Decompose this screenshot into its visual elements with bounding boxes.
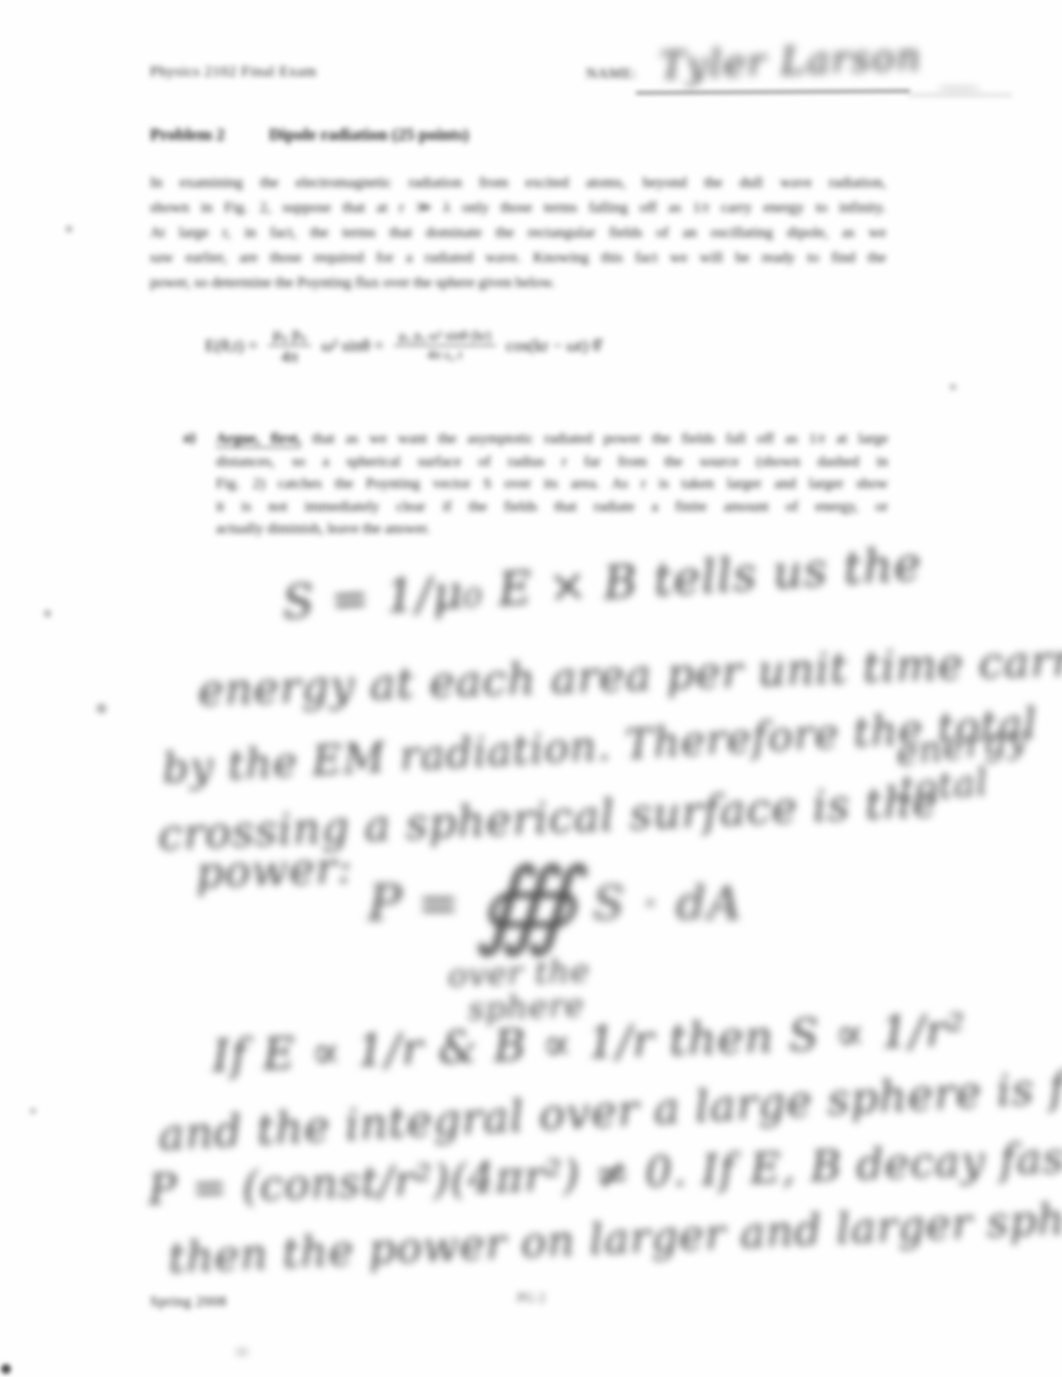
part-a-line-rest: that as we want the asymptotic radiated … bbox=[301, 431, 888, 447]
dipole-field-equation: E(θ,t) = μ₀ p₀ 4π ω² sinθ = μ₀ p₀ ω² sin… bbox=[205, 324, 805, 367]
part-a-label: a) bbox=[183, 430, 196, 447]
part-a-lead: Argue, first, bbox=[216, 431, 301, 448]
handwritten-poynting-definition: S = 1/μ₀ E × B tells us the bbox=[281, 537, 923, 630]
part-a-line: Fig. 2) catches the Poynting vector S ov… bbox=[216, 473, 888, 496]
scan-noise-speck bbox=[236, 1348, 248, 1356]
intro-line: In examining the electromagnetic radiati… bbox=[150, 171, 886, 196]
equation-lhs: E(θ,t) = bbox=[205, 336, 258, 356]
part-a-paragraph: Argue, first, that as we want the asympt… bbox=[216, 428, 888, 541]
equation-rhs: cos(kr − ωt) θ̂ bbox=[506, 336, 601, 356]
term-footer: Spring 2008 bbox=[150, 1294, 227, 1311]
scan-noise-speck bbox=[66, 226, 72, 232]
intro-line: At large r, in fact, the terms that domi… bbox=[150, 221, 886, 246]
part-a-line: Argue, first, that as we want the asympt… bbox=[216, 428, 888, 451]
handwritten-scaling-argument: If E ∝ 1/r & B ∝ 1/r then S ∝ 1/r² bbox=[211, 1005, 967, 1082]
intro-paragraph: In examining the electromagnetic radiati… bbox=[150, 171, 886, 296]
student-signature: Tyler Larson bbox=[659, 35, 923, 87]
name-underline-faint bbox=[908, 94, 1012, 96]
fraction-numerator: μ₀ p₀ ω² sinθ (kr) bbox=[394, 328, 496, 346]
fraction-denominator: 4π bbox=[281, 346, 298, 367]
handwritten-line: power: bbox=[195, 843, 353, 898]
power-integrand: S · dA bbox=[593, 876, 743, 930]
scan-noise-speck bbox=[30, 1108, 36, 1114]
scan-noise-speck bbox=[44, 610, 51, 617]
scan-noise-speck bbox=[97, 704, 106, 713]
problem-title: Problem 2 Dipole radiation (25 points) bbox=[150, 125, 469, 145]
problem-subtitle: Dipole radiation (25 points) bbox=[269, 125, 469, 144]
intro-line: power, so determine the Poynting flux ov… bbox=[150, 271, 886, 296]
equation-middle: ω² sinθ = bbox=[321, 336, 383, 356]
handwritten-power-integral: P = ∰ S · dA bbox=[368, 860, 743, 946]
power-lhs: P = bbox=[368, 874, 459, 932]
equation-fraction-1: μ₀ p₀ 4π bbox=[268, 324, 312, 367]
problem-number: Problem 2 bbox=[150, 125, 225, 144]
intro-line: shown in Fig. 2, suppose that at r ≫ λ o… bbox=[150, 196, 886, 221]
name-label: NAME: bbox=[586, 66, 637, 83]
part-a-line: it is not immediately clear if the field… bbox=[216, 496, 888, 519]
part-a-line: distances, so a spherical surface of rad… bbox=[216, 451, 888, 474]
fraction-denominator: 4π ε₀ r bbox=[427, 346, 462, 363]
course-header: Physics 2102 Final Exam bbox=[150, 64, 317, 81]
surface-integral-symbol: ∰ bbox=[475, 860, 576, 946]
scan-noise-smudge bbox=[938, 86, 980, 92]
scan-noise-speck bbox=[1, 1364, 11, 1374]
page-number: PG 2 bbox=[517, 1291, 545, 1307]
name-underline bbox=[636, 90, 910, 94]
scan-noise-speck bbox=[950, 384, 956, 390]
equation-fraction-2: μ₀ p₀ ω² sinθ (kr) 4π ε₀ r bbox=[394, 328, 496, 363]
fraction-numerator: μ₀ p₀ bbox=[268, 324, 312, 346]
part-a-line: actually diminish, leave the answer. bbox=[216, 518, 888, 541]
scanned-exam-page: Physics 2102 Final Exam NAME: Tyler Lars… bbox=[0, 0, 1062, 1377]
intro-line: saw earlier, are those required for a ra… bbox=[150, 246, 886, 271]
